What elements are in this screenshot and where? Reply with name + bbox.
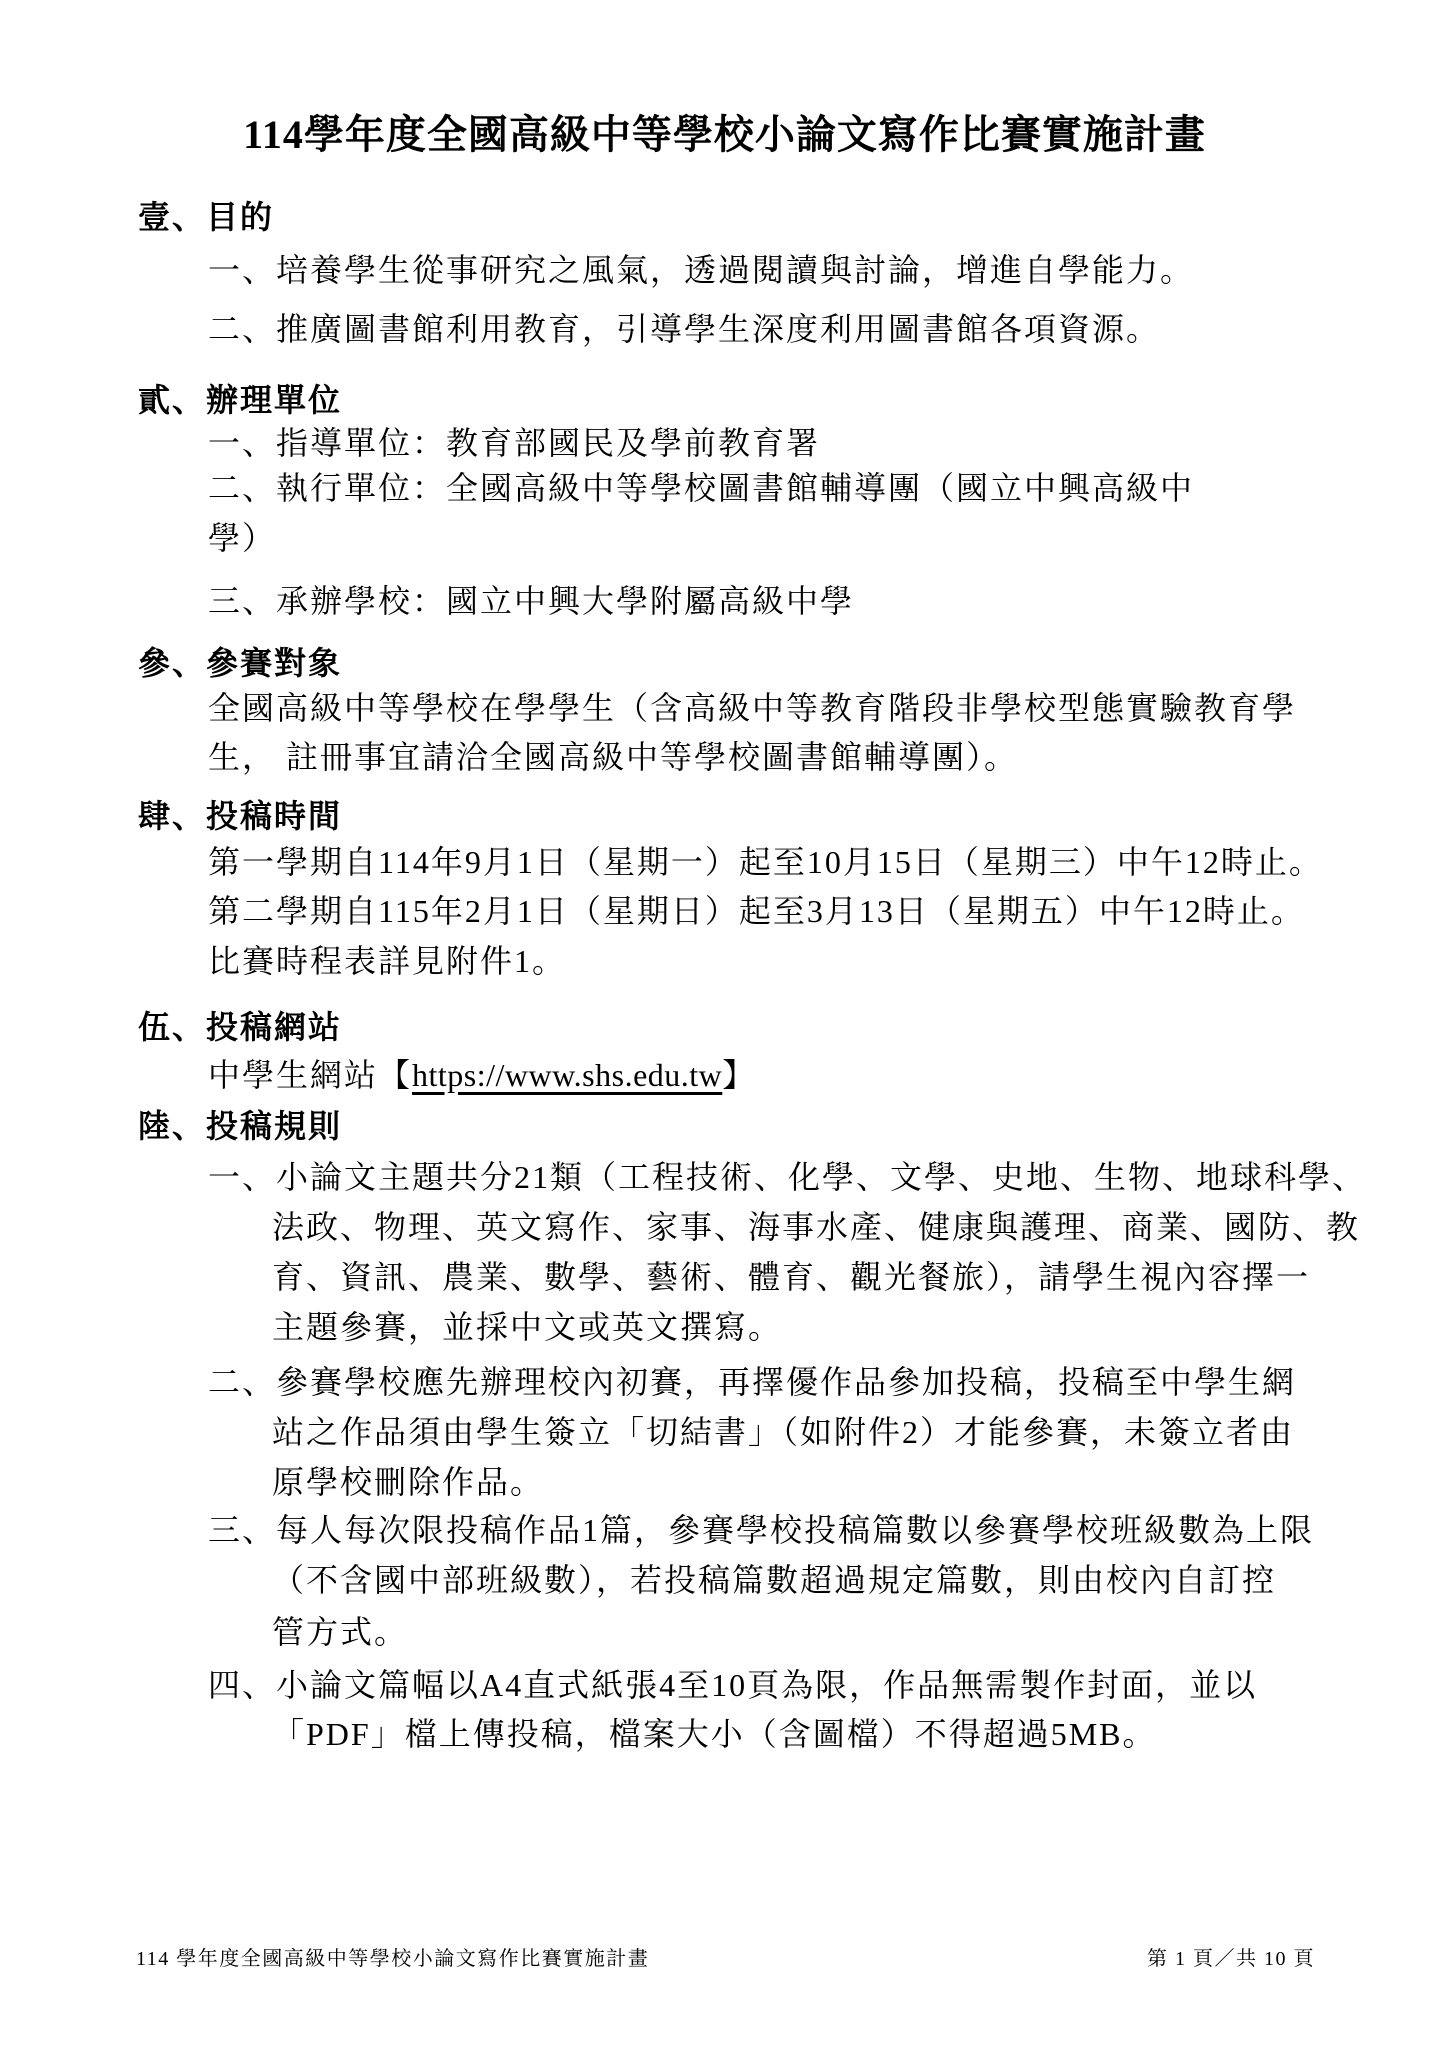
document-page: 114學年度全國高級中等學校小論文寫作比賽實施計畫 壹、目的 一、培養學生從事研… bbox=[0, 0, 1449, 2048]
website-line: 中學生網站【https://www.shs.edu.tw】 bbox=[208, 1053, 756, 1097]
page-footer: 114 學年度全國高級中等學校小論文寫作比賽實施計畫 第 1 頁／共 10 頁 bbox=[0, 1946, 1449, 2048]
footer-page-number: 第 1 頁／共 10 頁 bbox=[1147, 1946, 1315, 1972]
page-title: 114學年度全國高級中等學校小論文寫作比賽實施計畫 bbox=[0, 110, 1449, 160]
text-line: 四、小論文篇幅以A4直式紙張4至10頁為限，作品無需製作封面，並以 bbox=[208, 1663, 1257, 1707]
text-line: 站之作品須由學生簽立「切結書」（如附件2）才能參賽，未簽立者由 bbox=[272, 1410, 1294, 1454]
text-line: 比賽時程表詳見附件1。 bbox=[208, 939, 566, 983]
text-line: 法政、物理、英文寫作、家事、海事水產、健康與護理、商業、國防、教 bbox=[272, 1205, 1360, 1249]
text-line: 第二學期自115年2月1日（星期日）起至3月13日（星期五）中午12時止。 bbox=[208, 889, 1305, 933]
text-line: （不含國中部班級數），若投稿篇數超過規定篇數，則由校內自訂控 bbox=[272, 1558, 1276, 1602]
text-line: 育、資訊、農業、數學、藝術、體育、觀光餐旅），請學生視內容擇一 bbox=[272, 1255, 1310, 1299]
text-line: 第一學期自114年9月1日（星期一）起至10月15日（星期三）中午12時止。 bbox=[208, 840, 1323, 884]
section-heading-2: 貳、辦理單位 bbox=[138, 378, 342, 422]
website-prefix: 中學生網站【 bbox=[208, 1057, 412, 1093]
section-heading-1: 壹、目的 bbox=[138, 195, 274, 239]
text-line: 生， 註冊事宜請洽全國高級中等學校圖書館輔導團）。 bbox=[208, 735, 1018, 779]
text-line: 一、培養學生從事研究之風氣，透過閱讀與討論，增進自學能力。 bbox=[208, 248, 1194, 292]
text-line: 學） bbox=[208, 516, 276, 560]
text-line: 三、每人每次限投稿作品1篇，參賽學校投稿篇數以參賽學校班級數為上限 bbox=[208, 1508, 1314, 1552]
text-line: 一、指導單位：教育部國民及學前教育署 bbox=[208, 421, 820, 465]
text-line: 原學校刪除作品。 bbox=[272, 1460, 544, 1504]
section-heading-4: 肆、投稿時間 bbox=[138, 794, 342, 838]
section-heading-6: 陸、投稿規則 bbox=[138, 1104, 342, 1148]
text-line: 全國高級中等學校在學學生（含高級中等教育階段非學校型態實驗教育學 bbox=[208, 686, 1296, 730]
text-line: 二、推廣圖書館利用教育，引導學生深度利用圖書館各項資源。 bbox=[208, 307, 1160, 351]
text-line: 二、執行單位：全國高級中等學校圖書館輔導團（國立中興高級中 bbox=[208, 466, 1194, 510]
text-line: 三、承辦學校：國立中興大學附屬高級中學 bbox=[208, 579, 854, 623]
footer-doc-title: 114 學年度全國高級中等學校小論文寫作比賽實施計畫 bbox=[136, 1946, 649, 1972]
section-heading-3: 參、參賽對象 bbox=[138, 641, 342, 685]
text-line: 「PDF」檔上傳投稿，檔案大小（含圖檔）不得超過5MB。 bbox=[272, 1712, 1157, 1756]
shs-website-link[interactable]: https://www.shs.edu.tw bbox=[412, 1057, 722, 1093]
text-line: 二、參賽學校應先辦理校內初賽，再擇優作品參加投稿，投稿至中學生網 bbox=[208, 1360, 1296, 1404]
website-suffix: 】 bbox=[722, 1057, 756, 1093]
text-line: 管方式。 bbox=[272, 1610, 408, 1654]
text-line: 一、小論文主題共分21類（工程技術、化學、文學、史地、生物、地球科學、 bbox=[208, 1155, 1366, 1199]
section-heading-5: 伍、投稿網站 bbox=[138, 1005, 342, 1049]
text-line: 主題參賽，並採中文或英文撰寫。 bbox=[272, 1305, 782, 1349]
